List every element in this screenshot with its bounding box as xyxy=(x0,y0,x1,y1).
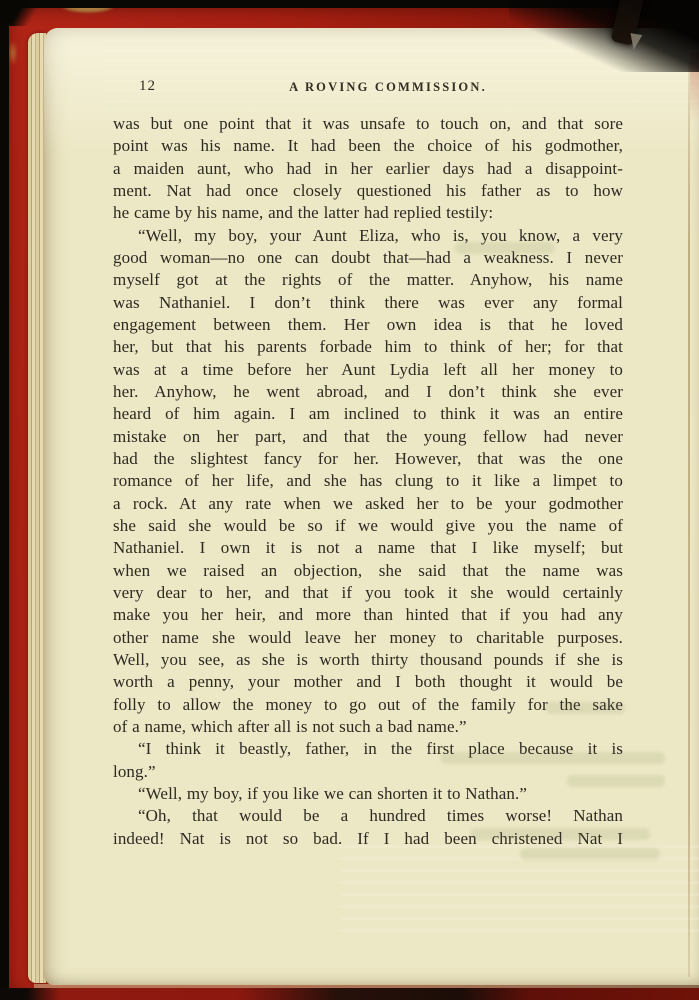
page-header: 12 A ROVING COMMISSION. xyxy=(113,78,623,100)
text-line: was at a time before her Aunt Lydia left… xyxy=(113,359,623,381)
text-line: indeed! Nat is not so bad. If I had been… xyxy=(113,828,623,850)
background-corner-top-left xyxy=(0,0,40,26)
text-line: a maiden aunt, who had in her earlier da… xyxy=(113,158,623,180)
text-line: “Well, my boy, your Aunt Eliza, who is, … xyxy=(113,225,623,247)
text-line: mistake on her part, and that the young … xyxy=(113,426,623,448)
running-title: A ROVING COMMISSION. xyxy=(113,80,663,95)
text-line: make you her heir, and more than hinted … xyxy=(113,604,623,626)
background-bottom xyxy=(0,988,699,1000)
text-line: ment. Nat had once closely questioned hi… xyxy=(113,180,623,202)
fore-edge-tint xyxy=(690,53,699,123)
book-photo: 12 A ROVING COMMISSION. was but one poin… xyxy=(0,0,699,1000)
text-line: her. Anyhow, he went abroad, and I don’t… xyxy=(113,381,623,403)
text-line: was Nathaniel. I don’t think there was e… xyxy=(113,292,623,314)
text-line: long.” xyxy=(113,761,623,783)
book-page: 12 A ROVING COMMISSION. was but one poin… xyxy=(44,28,699,985)
text-line: engagement between them. Her own idea is… xyxy=(113,314,623,336)
text-line: “Oh, that would be a hundred times worse… xyxy=(113,805,623,827)
text-line: good woman—no one can doubt that—had a w… xyxy=(113,247,623,269)
background-top xyxy=(0,0,699,8)
text-line: very dear to her, and that if you took i… xyxy=(113,582,623,604)
text-line: her, but that his parents forbade him to… xyxy=(113,336,623,358)
text-line: myself got at the rights of the matter. … xyxy=(113,269,623,291)
text-line: point was his name. It had been the choi… xyxy=(113,135,623,157)
text-line: he came by his name, and the latter had … xyxy=(113,202,623,224)
text-line: romance of her life, and she has clung t… xyxy=(113,470,623,492)
text-line: Well, you see, as she is worth thirty th… xyxy=(113,649,623,671)
text-line: Nathaniel. I own it is not a name that I… xyxy=(113,537,623,559)
scan-streaks-bottom xyxy=(339,845,699,940)
text-line: had the slightest fancy for her. However… xyxy=(113,448,623,470)
text-line: “I think it beastly, father, in the firs… xyxy=(113,738,623,760)
text-line: worth a penny, your mother and I both th… xyxy=(113,671,623,693)
page-body: was but one point that it was unsafe to … xyxy=(113,113,623,850)
cover-edge-wear xyxy=(8,40,18,66)
text-line: other name she would leave her money to … xyxy=(113,627,623,649)
text-line: was but one point that it was unsafe to … xyxy=(113,113,623,135)
text-line: she said she would be so if we would giv… xyxy=(113,515,623,537)
text-line: “Well, my boy, if you like we can shorte… xyxy=(113,783,623,805)
text-line: folly to allow the money to go out of th… xyxy=(113,694,623,716)
text-line: when we raised an objection, she said th… xyxy=(113,560,623,582)
background-left xyxy=(0,0,9,1000)
text-line: a rock. At any rate when we asked her to… xyxy=(113,493,623,515)
text-line: of a name, which after all is not such a… xyxy=(113,716,623,738)
text-line: heard of him again. I am inclined to thi… xyxy=(113,403,623,425)
fore-edge-line xyxy=(688,63,690,977)
